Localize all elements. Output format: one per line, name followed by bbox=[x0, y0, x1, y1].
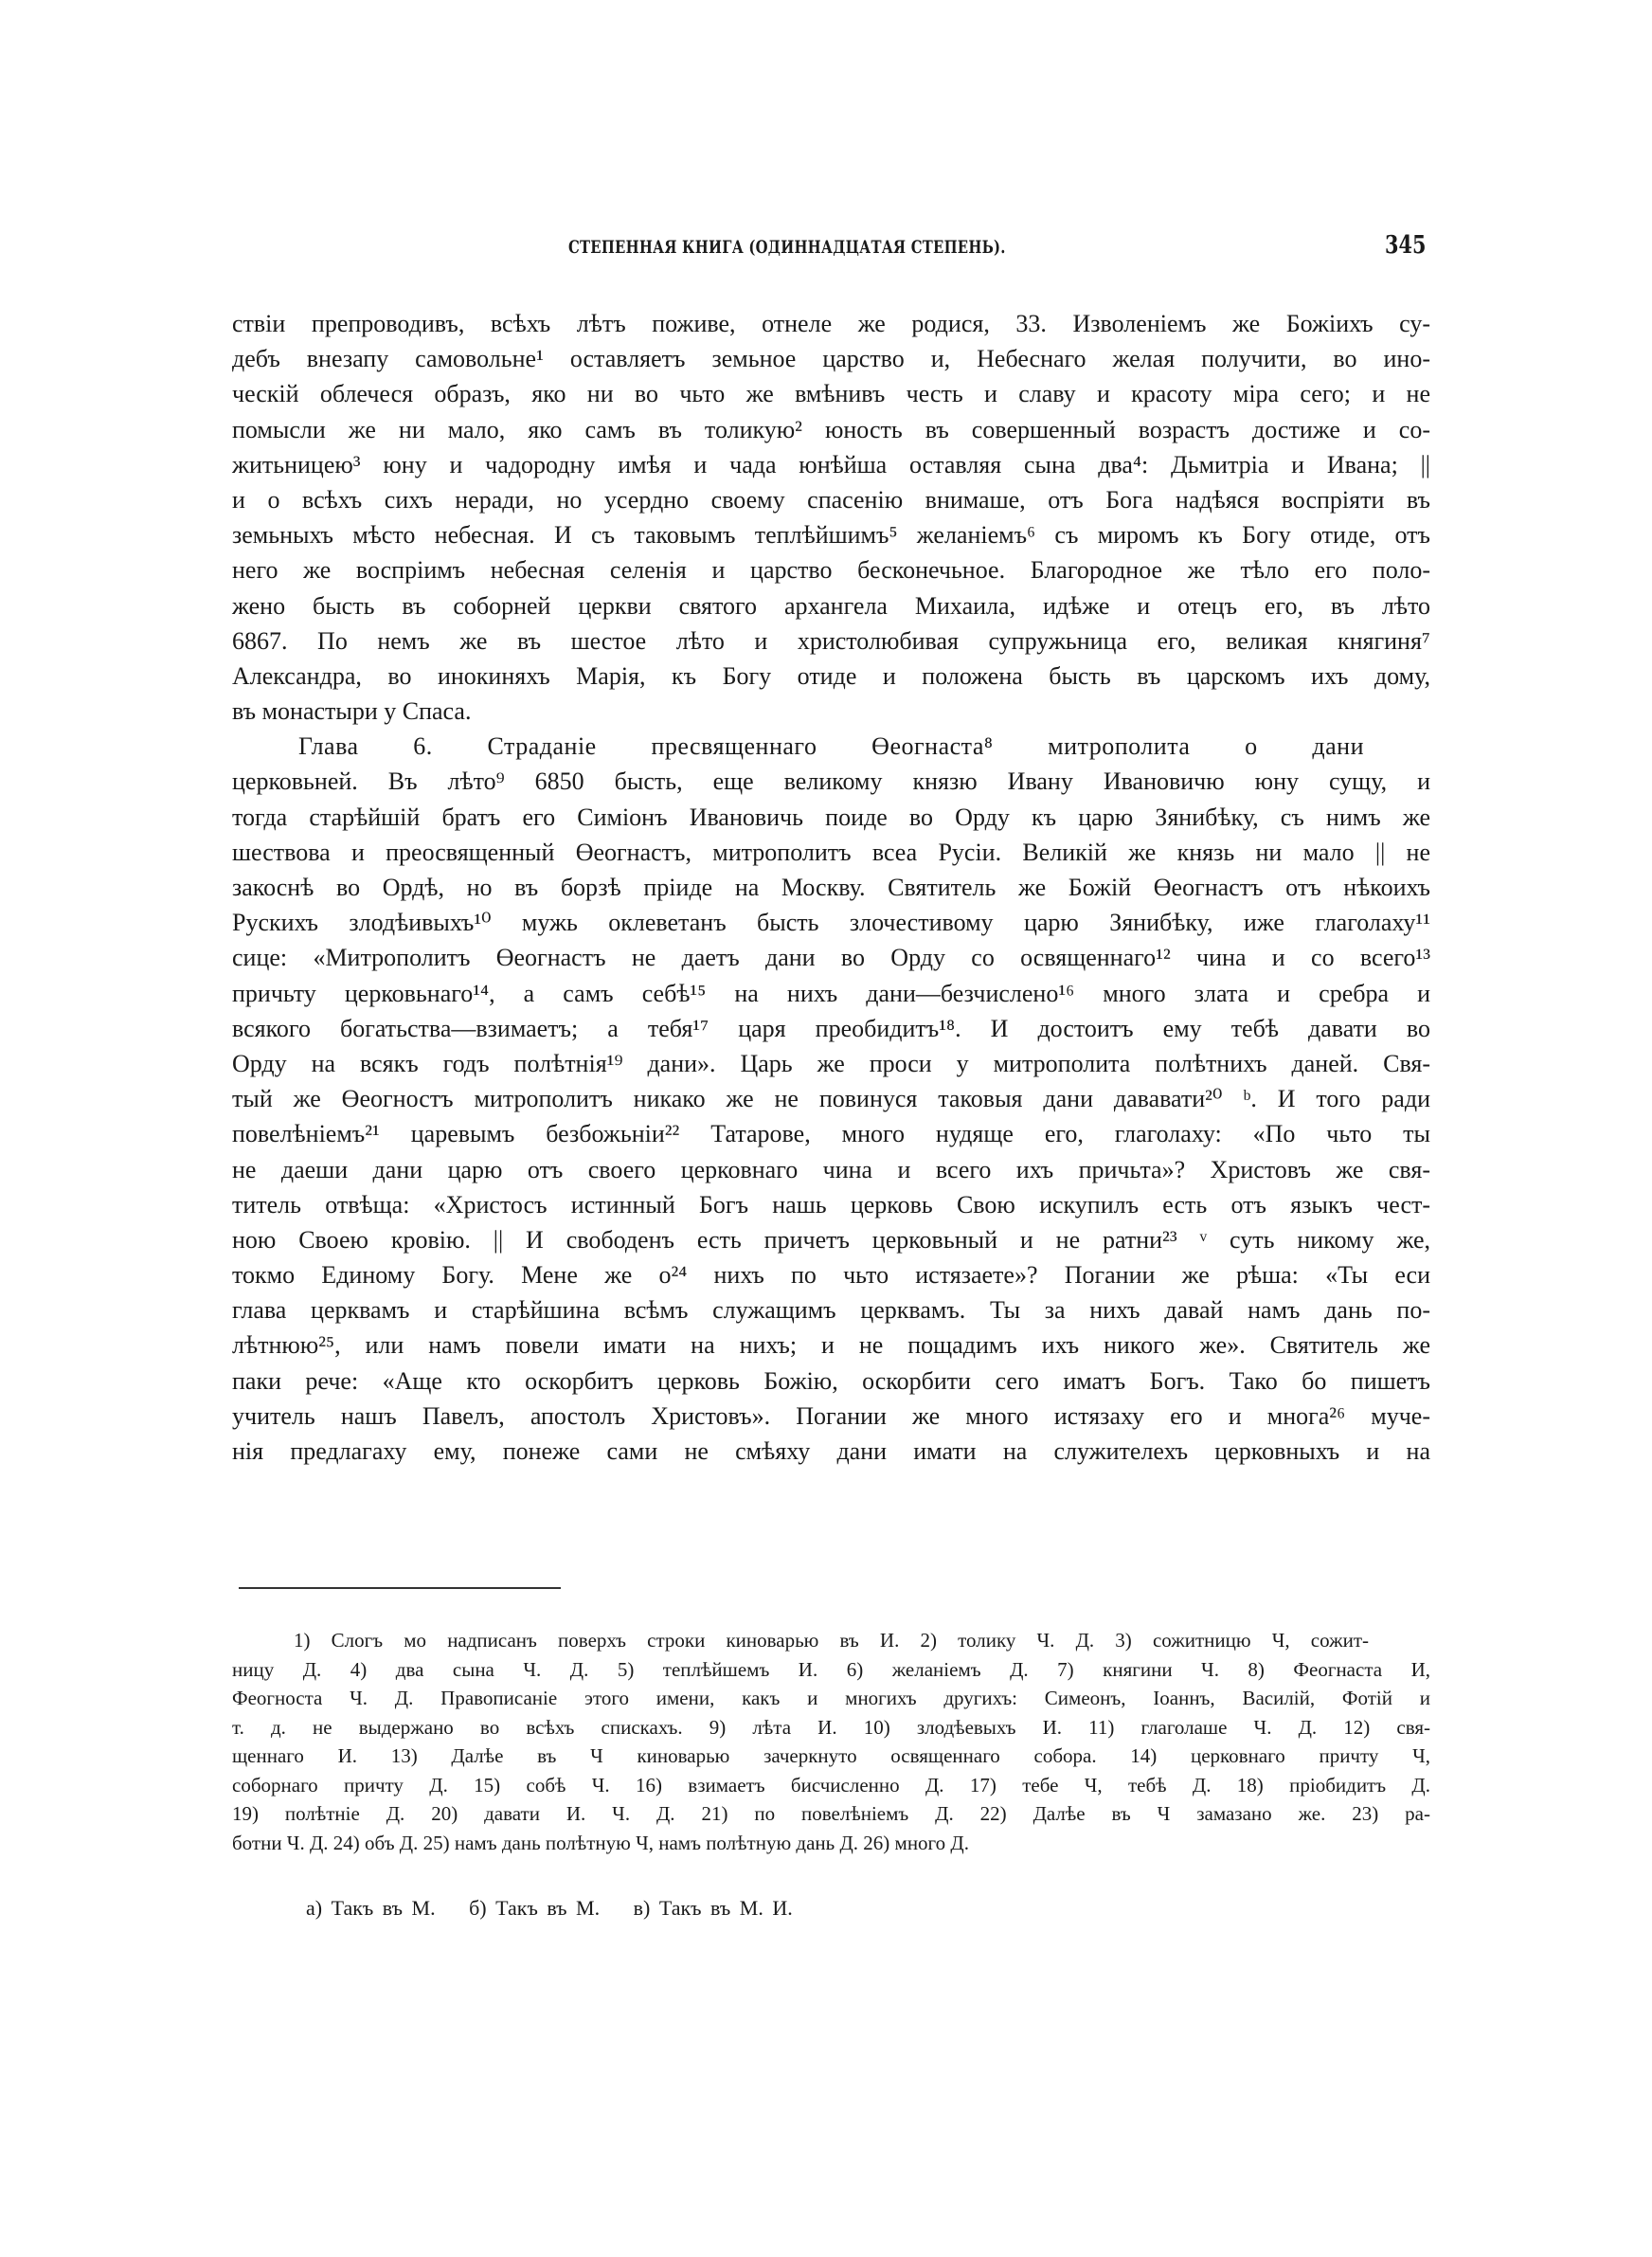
footnote-line: ботни Ч. Д. 24) объ Д. 25) намъ дань пол… bbox=[232, 1829, 1430, 1858]
text-line: тогда старѣйшій братъ его Симіонъ Иванов… bbox=[232, 800, 1430, 835]
main-text: ствіи препроводивъ, всѣхъ лѣтъ поживе, о… bbox=[232, 306, 1430, 1469]
footnote-line: 19) полѣтніе Д. 20) давати И. Ч. Д. 21) … bbox=[232, 1799, 1430, 1829]
footnote-divider bbox=[239, 1587, 561, 1589]
text-line: ческій облечеся образъ, яко ни во чьто ж… bbox=[232, 376, 1430, 411]
chapter-heading: Глава 6. Страданіе пресвященнаго Өеогнас… bbox=[232, 729, 1430, 764]
text-line: дебъ внезапу самовольне¹ оставляетъ земь… bbox=[232, 341, 1430, 376]
footnote-line: Феогноста Ч. Д. Правописаніе этого имени… bbox=[232, 1684, 1430, 1713]
text-line: нія предлагаху ему, понеже сами не смѣях… bbox=[232, 1434, 1430, 1469]
text-line: въ монастыри у Спаса. bbox=[232, 694, 1430, 729]
footnote-line: ницу Д. 4) два сына Ч. Д. 5) теплѣйшемъ … bbox=[232, 1655, 1430, 1685]
text-line: повелѣніемъ²¹ царевымъ безбожьніи²² Тата… bbox=[232, 1116, 1430, 1151]
text-line: паки рече: «Аще кто оскорбитъ церковь Бо… bbox=[232, 1363, 1430, 1399]
text-line: помысли же ни мало, яко самъ въ толикую²… bbox=[232, 412, 1430, 447]
text-line: житьницею³ юну и чадородну имѣя и чада ю… bbox=[232, 447, 1430, 482]
text-line: титель отвѣща: «Христосъ истинный Богъ н… bbox=[232, 1187, 1430, 1222]
text-line: тый же Өеогностъ митрополитъ никако же н… bbox=[232, 1081, 1430, 1116]
page-header: СТЕПЕННАЯ КНИГА (ОДИННАДЦАТАЯ СТЕПЕНЬ). … bbox=[0, 237, 1652, 275]
text-line: лѣтнюю²⁵, или намъ повели имати на нихъ;… bbox=[232, 1327, 1430, 1363]
text-line: земьныхъ мѣсто небесная. И съ таковымъ т… bbox=[232, 517, 1430, 552]
text-line: церковьней. Въ лѣто⁹ 6850 бысть, еще вел… bbox=[232, 764, 1430, 799]
footnotes: 1) Слогъ мо надписанъ поверхъ строки кин… bbox=[232, 1626, 1430, 1857]
text-line: Александра, во инокиняхъ Марія, къ Богу … bbox=[232, 659, 1430, 694]
footnote-line: т. д. не выдержано во всѣхъ спискахъ. 9)… bbox=[232, 1713, 1430, 1742]
text-line: всякого богатьства—взимаетъ; а тебя¹⁷ ца… bbox=[232, 1011, 1430, 1046]
text-line: и о всѣхъ сихъ неради, но усердно своему… bbox=[232, 482, 1430, 517]
text-line: причьту церковьнаго¹⁴, а самъ себѣ¹⁵ на … bbox=[232, 976, 1430, 1011]
text-line: не даеши дани царю отъ своего церковнаго… bbox=[232, 1152, 1430, 1187]
text-line: закоснѣ во Ордѣ, но въ борзѣ пріиде на М… bbox=[232, 870, 1430, 905]
text-line: жено бысть въ соборней церкви святого ар… bbox=[232, 588, 1430, 623]
text-line: глава церквамъ и старѣйшина всѣмъ служащ… bbox=[232, 1292, 1430, 1327]
variant-note: в) Такъ въ М. И. bbox=[634, 1896, 793, 1920]
page-number: 345 bbox=[1385, 231, 1426, 260]
footnote-line: щеннаго И. 13) Далѣе въ Ч киноварью заче… bbox=[232, 1742, 1430, 1771]
text-line: учитель нашъ Павелъ, апостолъ Христовъ».… bbox=[232, 1399, 1430, 1434]
variant-note: а) Такъ въ М. bbox=[306, 1896, 436, 1920]
text-line: сице: «Митрополитъ Өеогнастъ не даетъ да… bbox=[232, 940, 1430, 975]
footnote-line: 1) Слогъ мо надписанъ поверхъ строки кин… bbox=[232, 1626, 1430, 1655]
footnote-line: соборнаго причту Д. 15) собѣ Ч. 16) взим… bbox=[232, 1771, 1430, 1800]
text-line: 6867. По немъ же въ шестое лѣто и христо… bbox=[232, 623, 1430, 659]
running-title: СТЕПЕННАЯ КНИГА (ОДИННАДЦАТАЯ СТЕПЕНЬ). bbox=[568, 237, 1006, 258]
text-line: ствіи препроводивъ, всѣхъ лѣтъ поживе, о… bbox=[232, 306, 1430, 341]
text-line: шествова и преосвященный Өеогнастъ, митр… bbox=[232, 835, 1430, 870]
text-line: ною Своею кровію. || И свободенъ есть пр… bbox=[232, 1222, 1430, 1257]
variant-note: б) Такъ въ М. bbox=[469, 1896, 600, 1920]
text-line: Рускихъ злодѣивыхъ¹⁰ мужь оклеветанъ быс… bbox=[232, 905, 1430, 940]
text-line: Орду на всякъ годъ полѣтнія¹⁹ дани». Цар… bbox=[232, 1046, 1430, 1081]
text-line: токмо Единому Богу. Мене же о²⁴ нихъ по … bbox=[232, 1257, 1430, 1292]
variant-notes: а) Такъ въ М. б) Такъ въ М. в) Такъ въ М… bbox=[306, 1896, 817, 1921]
text-line: него же воспріимъ небесная селенія и цар… bbox=[232, 552, 1430, 587]
